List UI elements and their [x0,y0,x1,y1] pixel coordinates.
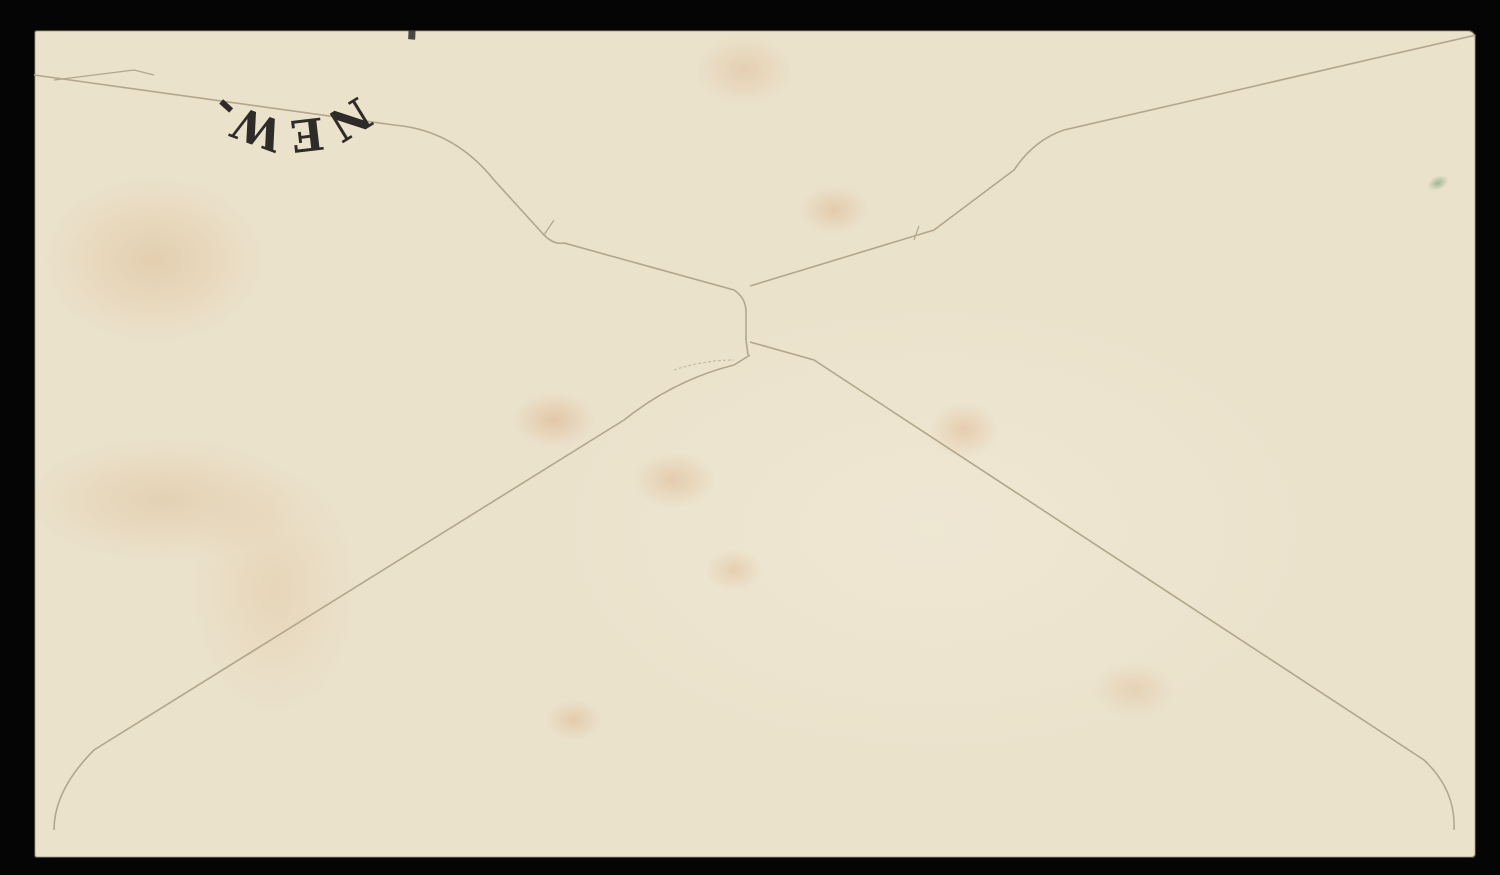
postmark: NEW- [164,30,424,160]
envelope-back: NEW- [34,30,1476,858]
postmark-text: NEW- [199,82,380,160]
